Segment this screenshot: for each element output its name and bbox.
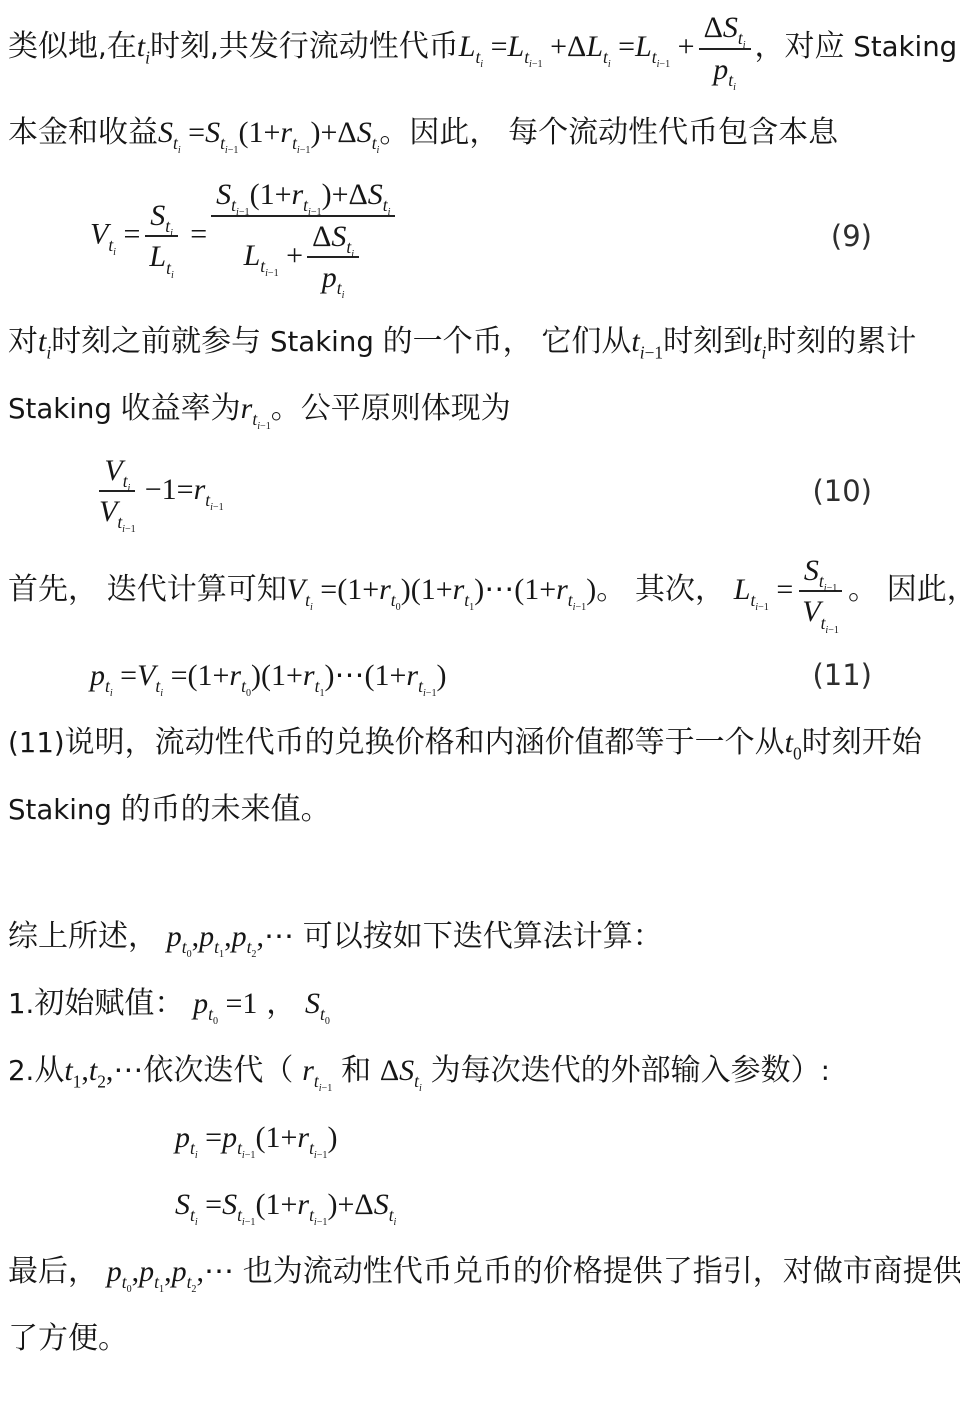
inline-math: pt0,pt1,pt2,⋯	[107, 1255, 234, 1288]
latin-run: ,	[98, 30, 107, 63]
text-run: 1.初始赋值：	[8, 987, 193, 1020]
text-run: 为每次迭代的外部输入参数）:	[422, 1054, 830, 1087]
formula: pti =pti−1(1+rti−1)	[175, 1121, 337, 1154]
formula: Sti =Sti−1(1+rti−1)+ΔSti	[175, 1188, 396, 1221]
text-run: 时刻,共发行流动性代币	[150, 30, 459, 63]
text-run: 对	[8, 325, 38, 358]
latin-run	[158, 920, 167, 953]
inline-math: pt0,pt1,pt2,⋯	[167, 920, 294, 953]
formula: VtiVti−1−1=rti−1	[90, 453, 224, 531]
text-run: 本金和收益	[8, 116, 158, 149]
text-run: 2.从	[8, 1054, 64, 1087]
latin-run	[422, 1054, 431, 1087]
latin-run	[626, 573, 635, 606]
para-issuance-line-1: 类似地,在ti时刻,共发行流动性代币Lti =Lti−1 +ΔLti =Lti−…	[8, 10, 960, 88]
document-page: 类似地,在ti时刻,共发行流动性代币Lti =Lti−1 +ΔLti =Lti−…	[0, 0, 960, 1407]
latin-run: Staking	[261, 325, 382, 358]
para-summary-line: 综上所述， pt0,pt1,pt2,⋯ 可以按如下迭代算法计算：	[8, 914, 960, 959]
latin-run: Staking	[845, 30, 958, 63]
algorithm-step-1: 1.初始赋值： pt0 =1 ， St0	[8, 981, 960, 1026]
blank-line	[8, 854, 960, 914]
text-run: Staking 的币的未来值。	[8, 793, 331, 826]
text-run: 。 其次，	[596, 573, 734, 606]
text-run: 。因此， 每个流动性代币包含本息	[379, 116, 838, 149]
latin-run	[371, 1054, 380, 1087]
text-run: 了方便。	[8, 1322, 128, 1355]
inline-math: Vti =(1+rt0)(1+rt1)⋯(1+rti−1)	[287, 573, 596, 606]
latin-run	[499, 116, 508, 149]
text-run: 时刻到	[663, 325, 753, 358]
latin-run: ,	[210, 30, 219, 63]
equation-number: (9)	[831, 215, 872, 259]
document-content: 类似地,在ti时刻,共发行流动性代币Lti =Lti−1 +ΔLti =Lti−…	[8, 10, 960, 1361]
latin-run	[725, 573, 734, 606]
para-explanation-line-2: Staking 的币的未来值。	[8, 787, 960, 832]
latin-run	[294, 920, 303, 953]
text-run: 时刻之前就参与 Staking 的一个币， 它们从	[51, 325, 631, 358]
text-run: 类似地,在	[8, 30, 137, 63]
inline-math: Lti =Lti−1 +ΔLti =Lti−1 +ΔStipti	[459, 30, 755, 63]
inline-math: rti−1	[241, 392, 271, 425]
latin-run: :	[821, 1054, 830, 1087]
inline-math: ti	[137, 30, 150, 63]
text-run: 时刻的累计	[766, 325, 916, 358]
text-run: ，	[257, 987, 305, 1020]
para-fairness-line-2: Staking 收益率为rti−1。公平原则体现为	[8, 386, 960, 431]
latin-run: 1.	[8, 987, 34, 1020]
text-run: 也为流动性代币兑币的价格提供了指引，对做市商提供	[234, 1255, 960, 1288]
price-update-formula: pti =pti−1(1+rti−1)	[8, 1115, 960, 1160]
text-run: 依次迭代（	[143, 1054, 302, 1087]
inline-math: Sti =Sti−1(1+rti−1)+ΔSti	[158, 116, 379, 149]
latin-run	[184, 987, 193, 1020]
inline-math: rti−1	[302, 1054, 332, 1087]
equation-number: (11)	[812, 654, 872, 698]
latin-run	[332, 1054, 341, 1087]
inline-math: ti−1	[631, 325, 663, 358]
latin-run: Staking	[8, 793, 121, 826]
latin-run: 2.	[8, 1054, 34, 1087]
latin-run	[533, 325, 542, 358]
latin-run: Staking	[8, 392, 121, 425]
inline-math: ΔSti	[380, 1054, 422, 1087]
text-run: 可以按如下迭代算法计算：	[294, 920, 663, 953]
para-explanation-line-1: (11)说明，流动性代币的兑换价格和内涵价值都等于一个从t0时刻开始	[8, 720, 960, 765]
inline-math: t1,t2,⋯	[64, 1054, 143, 1087]
para-iteration-line: 首先， 迭代计算可知Vti =(1+rt0)(1+rt1)⋯(1+rti−1)。…	[8, 553, 960, 631]
equation-9: Vti =StiLti =Sti−1(1+rti−1)+ΔStiLti−1 +Δ…	[8, 177, 960, 297]
stake-update-formula: Sti =Sti−1(1+rti−1)+ΔSti	[8, 1182, 960, 1227]
text-run: 综上所述，	[8, 920, 167, 953]
text-run: 。公平原则体现为	[271, 392, 511, 425]
equation-11: pti =Vti =(1+rt0)(1+rt1)⋯(1+rti−1)(11)	[8, 653, 960, 698]
para-final-line-2: 了方便。	[8, 1316, 960, 1361]
text-run: 。 因此，	[848, 573, 960, 606]
text-run: 首先， 迭代计算可知	[8, 573, 287, 606]
latin-run	[257, 987, 266, 1020]
equation-number: (10)	[812, 470, 872, 514]
inline-math: t0	[785, 726, 802, 759]
inline-math: pt0 =1	[193, 987, 257, 1020]
text-run: ，对应 Staking	[755, 30, 958, 63]
para-issuance-line-2: 本金和收益Sti =Sti−1(1+rti−1)+ΔSti。因此， 每个流动性代…	[8, 110, 960, 155]
text-run: (11)说明，流动性代币的兑换价格和内涵价值都等于一个从	[8, 726, 785, 759]
para-fairness-line-1: 对ti时刻之前就参与 Staking 的一个币， 它们从ti−1时刻到ti时刻的…	[8, 319, 960, 364]
para-final-line-1: 最后， pt0,pt1,pt2,⋯ 也为流动性代币兑币的价格提供了指引，对做市商…	[8, 1249, 960, 1294]
latin-run: (11)	[8, 726, 65, 759]
formula: Vti =StiLti =Sti−1(1+rti−1)+ΔStiLti−1 +Δ…	[90, 177, 399, 297]
text-run: 时刻开始	[802, 726, 922, 759]
text-run: 和	[332, 1054, 380, 1087]
latin-run	[98, 573, 107, 606]
latin-run	[293, 1054, 302, 1087]
inline-math: St0	[305, 987, 330, 1020]
inline-math: Lti−1 =Sti−1Vti−1	[734, 573, 848, 606]
latin-run	[234, 1255, 243, 1288]
algorithm-step-2: 2.从t1,t2,⋯依次迭代（ rti−1 和 ΔSti 为每次迭代的外部输入参…	[8, 1048, 960, 1093]
text-run: 最后，	[8, 1255, 107, 1288]
text-run: Staking 收益率为	[8, 392, 241, 425]
latin-run	[296, 987, 305, 1020]
inline-math: ti	[38, 325, 51, 358]
formula: pti =Vti =(1+rt0)(1+rt1)⋯(1+rti−1)	[90, 653, 446, 698]
inline-math: ti	[753, 325, 766, 358]
equation-10: VtiVti−1−1=rti−1(10)	[8, 453, 960, 531]
latin-run	[98, 1255, 107, 1288]
latin-run	[878, 573, 887, 606]
